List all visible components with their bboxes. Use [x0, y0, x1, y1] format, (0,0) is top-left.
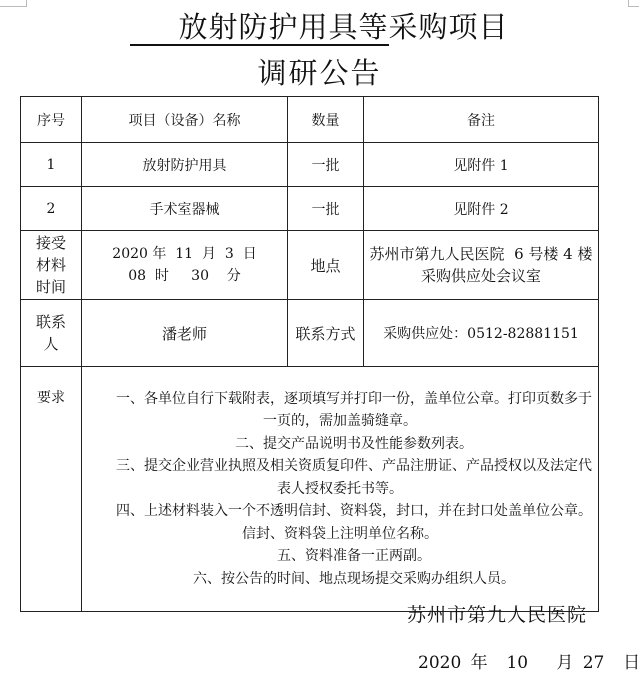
header-serial: 序号: [21, 97, 82, 143]
document-subtitle: 调研公告: [0, 54, 639, 92]
requirements-row: 要求 一、各单位自行下载附表，逐项填写并打印一份，盖单位公章。打印页数多于一页的…: [21, 367, 599, 612]
submission-time-value: 2020 年 11 月 3 日 08 时 30 分: [82, 231, 288, 300]
title-underlined-part: 放射防护用具等: [130, 10, 388, 46]
table-row: 1 放射防护用具 一批 见附件 1: [21, 143, 599, 187]
page-corner-marker-right: [628, 0, 639, 7]
label-line: 人: [36, 333, 66, 355]
requirement-item: 三、提交企业营业执照及相关资质复印件、产品注册证、产品授权以及法定代表人授权委托…: [82, 455, 598, 500]
contact-method-value: 采购供应处：0512-82881151: [364, 300, 599, 367]
announcement-table: 序号 项目（设备）名称 数量 备注 1 放射防护用具 一批 见附件 1 2 手术…: [20, 96, 599, 612]
label-line: 接受: [36, 232, 66, 254]
page-corner-marker-left: [0, 0, 27, 7]
date-line: 2020 年 11 月 3 日: [82, 243, 287, 265]
submission-time-row: 接受 材料 时间 2020 年 11 月 3 日 08 时 30 分 地点 苏州…: [21, 231, 599, 300]
row-serial: 2: [21, 187, 82, 231]
row-serial: 1: [21, 143, 82, 187]
requirement-item: 四、上述材料装入一个不透明信封、资料袋，封口，并在封口处盖单位公章。信封、资料袋…: [82, 500, 598, 545]
place-label: 地点: [288, 231, 364, 300]
row-remarks: 见附件 1: [364, 143, 599, 187]
row-quantity: 一批: [288, 143, 364, 187]
requirement-item: 六、按公告的时间、地点现场提交采购办组织人员。: [82, 568, 598, 591]
row-item-name: 放射防护用具: [82, 143, 288, 187]
requirement-item: 二、提交产品说明书及性能参数列表。: [82, 433, 598, 456]
label-line: 联系: [36, 311, 66, 333]
requirement-item: 五、资料准备一正两副。: [82, 545, 598, 568]
header-remarks: 备注: [364, 97, 599, 143]
submission-time-label: 接受 材料 时间: [21, 231, 82, 300]
contact-person-value: 潘老师: [82, 300, 288, 367]
header-quantity: 数量: [288, 97, 364, 143]
document-title: 放射防护用具等 采购项目: [0, 8, 639, 46]
header-item-name: 项目（设备）名称: [82, 97, 288, 143]
row-quantity: 一批: [288, 187, 364, 231]
table-row: 2 手术室器械 一批 见附件 2: [21, 187, 599, 231]
title-rest: 采购项目: [389, 10, 509, 44]
requirement-item: 一、各单位自行下载附表，逐项填写并打印一份，盖单位公章。打印页数多于一页的，需加…: [82, 388, 598, 433]
place-line: 苏州市第九人民医院 6 号楼 4 楼: [364, 243, 598, 265]
label-line: 时间: [36, 276, 66, 298]
place-line: 采购供应处会议室: [364, 265, 598, 287]
contact-row: 联系 人 潘老师 联系方式 采购供应处：0512-82881151: [21, 300, 599, 367]
issuing-organization: 苏州市第九人民医院: [407, 600, 587, 627]
requirements-label: 要求: [21, 367, 82, 612]
table-header-row: 序号 项目（设备）名称 数量 备注: [21, 97, 599, 143]
time-line: 08 时 30 分: [82, 265, 287, 287]
requirements-content: 一、各单位自行下载附表，逐项填写并打印一份，盖单位公章。打印页数多于一页的，需加…: [82, 367, 599, 612]
contact-person-label: 联系 人: [21, 300, 82, 367]
row-remarks: 见附件 2: [364, 187, 599, 231]
place-value: 苏州市第九人民医院 6 号楼 4 楼 采购供应处会议室: [364, 231, 599, 300]
row-item-name: 手术室器械: [82, 187, 288, 231]
label-line: 材料: [36, 254, 66, 276]
issue-date: 2020 年 10 月 27 日: [418, 648, 639, 673]
contact-method-label: 联系方式: [288, 300, 364, 367]
